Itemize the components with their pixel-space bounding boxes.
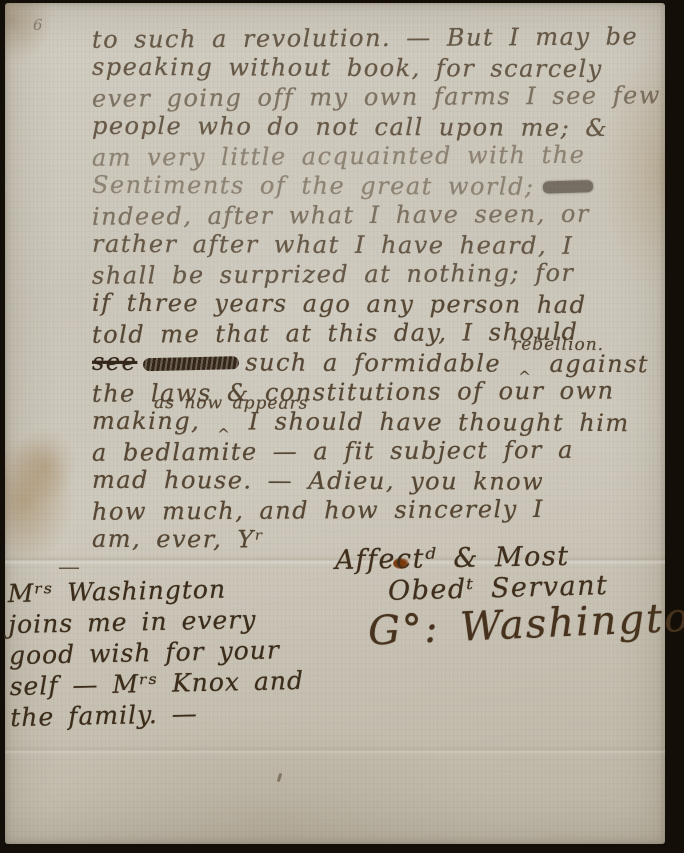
ink-blot-scribble xyxy=(542,179,592,193)
letter-line: am very little acquainted with the xyxy=(92,140,661,173)
fold-crease xyxy=(5,746,665,755)
ink-speck xyxy=(277,773,283,782)
page-number: 6 xyxy=(33,16,43,34)
letter-line: a bedlamite — a fit subject for a xyxy=(92,435,661,468)
ink-scribble xyxy=(143,356,239,371)
letter-line: how much, and how sincerely I xyxy=(92,494,661,527)
letter-line: Sentiments of the great world; xyxy=(92,170,661,202)
letter-line: speaking without book, for scarcely xyxy=(92,52,661,84)
letter-line: people who do not call upon me; & xyxy=(92,111,661,143)
letter-line: shall be surprized at nothing; for xyxy=(92,258,661,291)
letter-paper: 6 to such a revolution. — But I may be s… xyxy=(5,3,665,844)
letter-line: seesuch a formidable ^ against rebellion… xyxy=(92,347,661,379)
letter-line: to such a revolution. — But I may be xyxy=(92,22,661,55)
letter-line: ever going off my own farms I see few xyxy=(92,81,661,114)
letter-body: to such a revolution. — But I may be spe… xyxy=(92,24,661,555)
letter-line: mad house. — Adieu, you know xyxy=(92,465,661,497)
letter-line: indeed, after what I have seen, or xyxy=(92,199,661,232)
inserted-word: rebellion. xyxy=(512,336,604,353)
struck-word: see xyxy=(92,347,137,375)
postscript-line: the family. — xyxy=(10,696,305,733)
photo-background: 6 to such a revolution. — But I may be s… xyxy=(0,0,684,853)
postscript-block: Mʳˢ Washington joins me in every good wi… xyxy=(7,572,304,733)
letter-line: making, ^ I should have thought him as n… xyxy=(92,406,661,438)
closing-line: Affectᵈ & Most xyxy=(335,541,570,576)
letter-line: rather after what I have heard, I xyxy=(92,229,661,261)
letter-line-text: Sentiments of the great world; xyxy=(92,170,535,200)
letter-line: if three years ago any person had xyxy=(92,288,661,320)
letter-line-text: such a formidable xyxy=(245,348,501,377)
inserted-phrase: as now appears xyxy=(154,395,308,413)
postscript-line: self — Mʳˢ Knox and xyxy=(9,665,304,702)
